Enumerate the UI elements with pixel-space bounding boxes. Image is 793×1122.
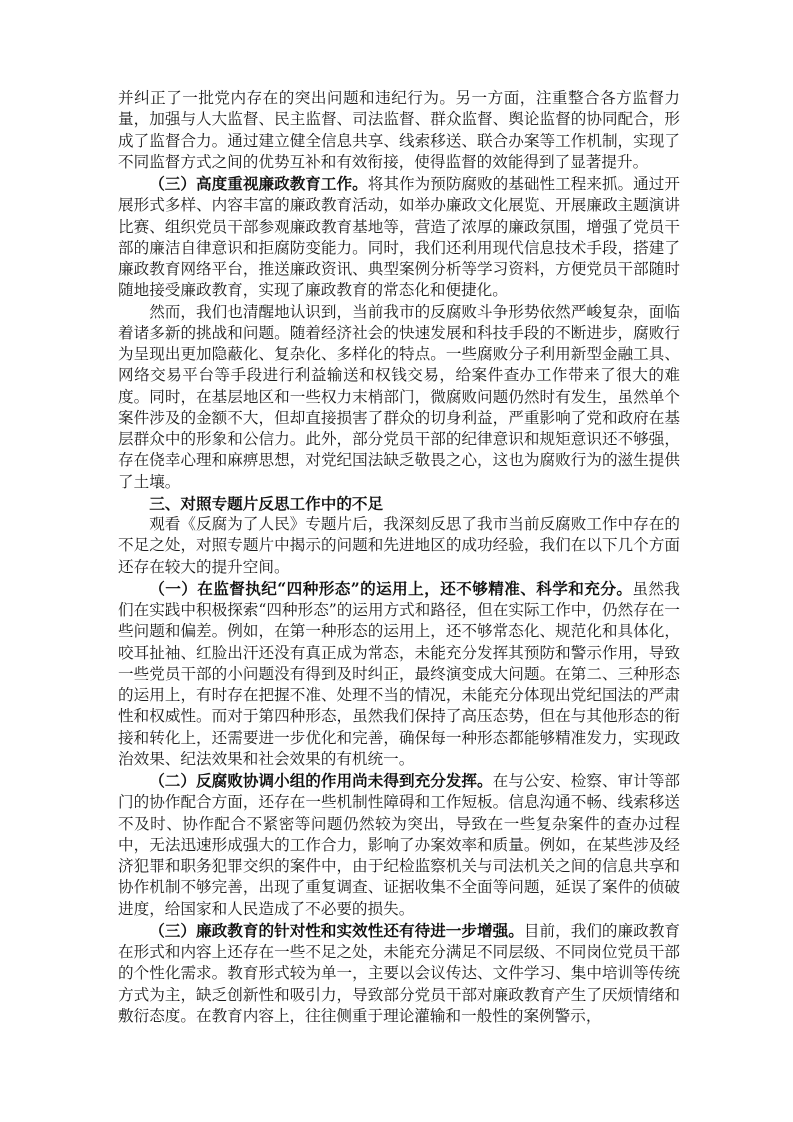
paragraph-integrity-education: （三）高度重视廉政教育工作。将其作为预防腐败的基础性工程来抓。通过开展形式多样、… — [118, 173, 680, 302]
paragraph-supervision-synergy: 并纠正了一批党内存在的突出问题和违纪行为。另一方面，注重整合各方监督力量，加强与… — [118, 88, 680, 173]
section-heading: 三、对照专题片反思工作中的不足 — [118, 493, 680, 514]
paragraph-text: 虽然我们在实践中积极探索“四种形态”的运用方式和路径，但在实际工作中，仍然存在一… — [118, 580, 680, 768]
paragraph-text: 并纠正了一批党内存在的突出问题和违纪行为。另一方面，注重整合各方监督力量，加强与… — [118, 89, 680, 171]
paragraph-coordination-group: （二）反腐败协调小组的作用尚未得到充分发挥。在与公安、检察、审计等部门的协作配合… — [118, 770, 680, 920]
paragraph-text: 观看《反腐为了人民》专题片后，我深刻反思了我市当前反腐败工作中存在的不足之处，对… — [118, 515, 680, 576]
paragraph-lead-heading: （二）反腐败协调小组的作用尚未得到充分发挥。 — [149, 771, 492, 790]
paragraph-text: 在与公安、检察、审计等部门的协作配合方面，还存在一些机制性障碍和工作短板。信息沟… — [118, 772, 680, 918]
paragraph-education-effectiveness: （三）廉政教育的针对性和实效性还有待进一步增强。目前，我们的廉政教育在形式和内容… — [118, 920, 680, 1027]
paragraph-challenges: 然而，我们也清醒地认识到，当前我市的反腐败斗争形势依然严峻复杂，面临着诸多新的挑… — [118, 302, 680, 493]
paragraph-text: 然而，我们也清醒地认识到，当前我市的反腐败斗争形势依然严峻复杂，面临着诸多新的挑… — [118, 303, 680, 491]
document-page: 并纠正了一批党内存在的突出问题和违纪行为。另一方面，注重整合各方监督力量，加强与… — [118, 88, 680, 1027]
paragraph-four-forms: （一）在监督执纪“四种形态”的运用上，还不够精准、科学和充分。虽然我们在实践中积… — [118, 578, 680, 770]
paragraph-reflection-intro: 观看《反腐为了人民》专题片后，我深刻反思了我市当前反腐败工作中存在的不足之处，对… — [118, 514, 680, 578]
paragraph-text: 将其作为预防腐败的基础性工程来抓。通过开展形式多样、内容丰富的廉政教育活动，如举… — [118, 175, 680, 299]
paragraph-lead-heading: （一）在监督执纪“四种形态”的运用上，还不够精准、科学和充分。 — [149, 579, 632, 598]
paragraph-lead-heading: （三）廉政教育的针对性和实效性还有待进一步增强。 — [149, 921, 524, 940]
paragraph-lead-heading: （三）高度重视廉政教育工作。 — [149, 174, 368, 193]
